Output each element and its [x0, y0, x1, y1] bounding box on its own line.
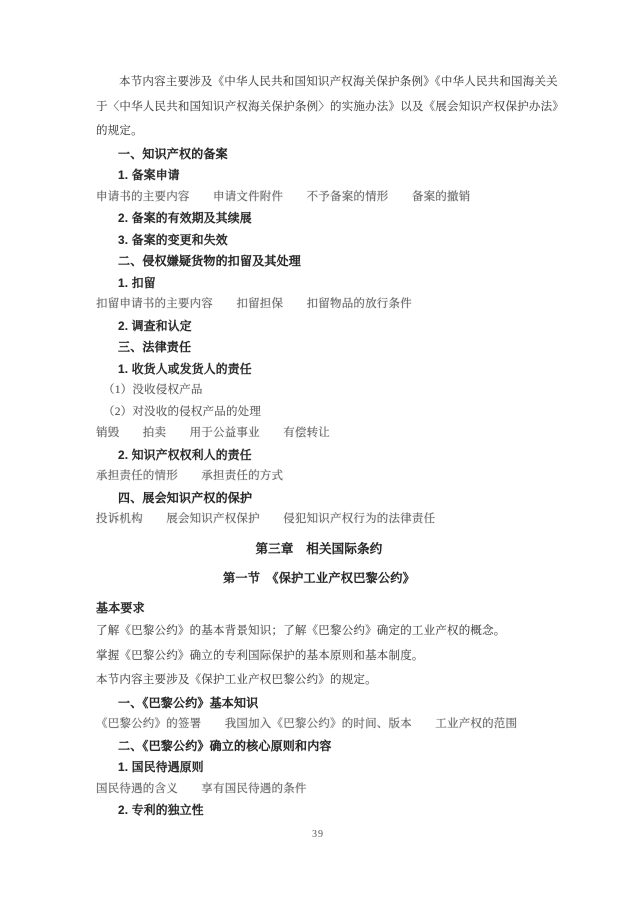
paragraph-line: 掌握《巴黎公约》确立的专利国际保护的基本原则和基本制度。	[96, 644, 542, 669]
keyword-line: 申请书的主要内容 申请文件附件 不予备案的情形 备案的撤销	[96, 187, 542, 209]
paragraph-line: 本节内容主要涉及《保护工业产权巴黎公约》的规定。	[96, 668, 542, 693]
page-number: 39	[0, 829, 636, 840]
chapter-heading: 第三章 相关国际条约	[96, 539, 542, 561]
basic-requirements-heading: 基本要求	[96, 598, 542, 620]
keyword-line: 投诉机构 展会知识产权保护 侵犯知识产权行为的法律责任	[96, 509, 542, 531]
numbered-heading: 2. 专利的独立性	[96, 800, 542, 822]
outline-heading: 三、法律责任	[96, 337, 542, 359]
numbered-heading: 1. 收货人或发货人的责任	[96, 359, 542, 381]
numbered-heading: 2. 调查和认定	[96, 316, 542, 338]
outline-heading: 二、《巴黎公约》确立的核心原则和内容	[96, 736, 542, 758]
numbered-heading: 1. 扣留	[96, 273, 542, 295]
keyword-line: 《巴黎公约》的签署 我国加入《巴黎公约》的时间、版本 工业产权的范围	[96, 714, 542, 736]
keyword-line: 国民待遇的含义 享有国民待遇的条件	[96, 779, 542, 801]
outline-heading: 四、展会知识产权的保护	[96, 488, 542, 510]
paragraph-line: 本节内容主要涉及《中华人民共和国知识产权海关保护条例》《中华人民共和国海关关	[96, 70, 542, 95]
sub-item: （1）没收侵权产品	[96, 380, 542, 402]
outline-heading: 二、侵权嫌疑货物的扣留及其处理	[96, 251, 542, 273]
section-heading: 第一节 《保护工业产权巴黎公约》	[96, 568, 542, 590]
paragraph-line: 于〈中华人民共和国知识产权海关保护条例〉的实施办法》以及《展会知识产权保护办法》	[96, 95, 542, 120]
keyword-line: 扣留申请书的主要内容 扣留担保 扣留物品的放行条件	[96, 294, 542, 316]
outline-heading: 一、《巴黎公约》基本知识	[96, 693, 542, 715]
numbered-heading: 3. 备案的变更和失效	[96, 230, 542, 252]
paragraph-line: 了解《巴黎公约》的基本背景知识；了解《巴黎公约》确定的工业产权的概念。	[96, 619, 542, 644]
keyword-line: 承担责任的情形 承担责任的方式	[96, 466, 542, 488]
numbered-heading: 2. 知识产权权利人的责任	[96, 445, 542, 467]
sub-item: （2）对没收的侵权产品的处理	[96, 402, 542, 424]
document-page: 本节内容主要涉及《中华人民共和国知识产权海关保护条例》《中华人民共和国海关关 于…	[0, 0, 636, 900]
numbered-heading: 1. 备案申请	[96, 165, 542, 187]
keyword-line: 销毁 拍卖 用于公益事业 有偿转让	[96, 423, 542, 445]
numbered-heading: 2. 备案的有效期及其续展	[96, 208, 542, 230]
outline-heading: 一、知识产权的备案	[96, 144, 542, 166]
numbered-heading: 1. 国民待遇原则	[96, 757, 542, 779]
paragraph-line: 的规定。	[96, 119, 542, 144]
